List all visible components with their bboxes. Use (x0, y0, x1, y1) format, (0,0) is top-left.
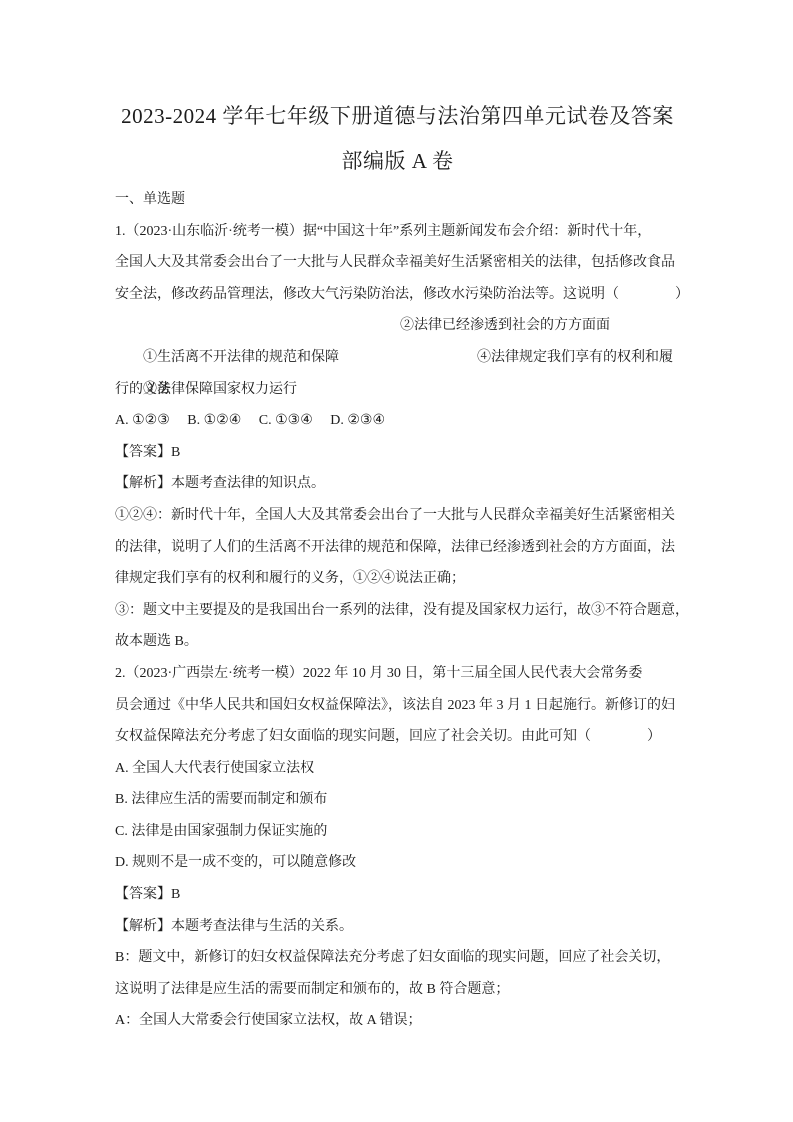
document-title-line1: 2023-2024 学年七年级下册道德与法治第四单元试卷及答案 (115, 94, 680, 139)
q2-choice-c: C. 法律是由国家强制力保证实施的 (115, 816, 680, 848)
q2-stem-line: 2.（2023·广西崇左·统考一模）2022 年 10 月 30 日，第十三届全… (115, 658, 680, 690)
q2-stem-line: 员会通过《中华人民共和国妇女权益保障法》，该法自 2023 年 3 月 1 日起… (115, 690, 680, 722)
q2-choice-a: A. 全国人大代表行使国家立法权 (115, 753, 680, 785)
q2-choice-b: B. 法律应生活的需要而制定和颁布 (115, 784, 680, 816)
q1-analysis-line: ①②④：新时代十年，全国人大及其常委会出台了一大批与人民群众幸福美好生活紧密相关 (115, 500, 680, 532)
q1-answer: 【答案】B (115, 437, 680, 469)
q2-analysis-line: B：题文中，新修订的妇女权益保障法充分考虑了妇女面临的现实问题，回应了社会关切， (115, 942, 680, 974)
q2-answer: 【答案】B (115, 879, 680, 911)
q1-analysis-line: ③：题文中主要提及的是我国出台一系列的法律，没有提及国家权力运行，故③不符合题意… (115, 595, 680, 627)
document-page: 2023-2024 学年七年级下册道德与法治第四单元试卷及答案 部编版 A 卷 … (0, 0, 793, 1122)
q1-stem-line: 全国人大及其常委会出台了一大批与人民群众幸福美好生活紧密相关的法律，包括修改食品 (115, 247, 680, 279)
q2-analysis-line: A：全国人大常委会行使国家立法权，故 A 错误； (115, 1005, 680, 1037)
q1-statement-4: ④法律规定我们享有的权利和履 (477, 342, 673, 374)
q1-statement-row-1: ①生活离不开法律的规范和保障 ②法律已经渗透到社会的方方面面 (115, 310, 680, 342)
q1-statement-row-2: ③法律保障国家权力运行 ④法律规定我们享有的权利和履 (115, 342, 680, 374)
q2-choice-d: D. 规则不是一成不变的，可以随意修改 (115, 847, 680, 879)
q1-stem-line: 安全法，修改药品管理法，修改大气污染防治法，修改水污染防治法等。这说明（ ） (115, 279, 680, 311)
q2-analysis-line: 【解析】本题考查法律与生活的关系。 (115, 911, 680, 943)
q1-analysis-line: 故本题选 B。 (115, 626, 680, 658)
section-heading: 一、单选题 (115, 184, 680, 216)
q1-analysis-line: 的法律，说明了人们的生活离不开法律的规范和保障，法律已经渗透到社会的方方面面，法 (115, 532, 680, 564)
q1-stem-line: 1.（2023·山东临沂·统考一模）据“中国这十年”系列主题新闻发布会介绍：新时… (115, 216, 680, 248)
q2-stem-line: 女权益保障法充分考虑了妇女面临的现实问题，回应了社会关切。由此可知（ ） (115, 721, 680, 753)
q1-analysis-line: 【解析】本题考查法律的知识点。 (115, 468, 680, 500)
q1-statement-2: ②法律已经渗透到社会的方方面面 (400, 310, 610, 342)
document-title-line2: 部编版 A 卷 (115, 139, 680, 184)
q2-analysis-line: 这说明了法律是应生活的需要而制定和颁布的，故 B 符合题意； (115, 974, 680, 1006)
q1-choices: A. ①②③ B. ①②④ C. ①③④ D. ②③④ (115, 405, 680, 437)
q1-statement-3: ③法律保障国家权力运行 (143, 382, 297, 397)
q1-analysis-line: 律规定我们享有的权利和履行的义务，①②④说法正确； (115, 563, 680, 595)
